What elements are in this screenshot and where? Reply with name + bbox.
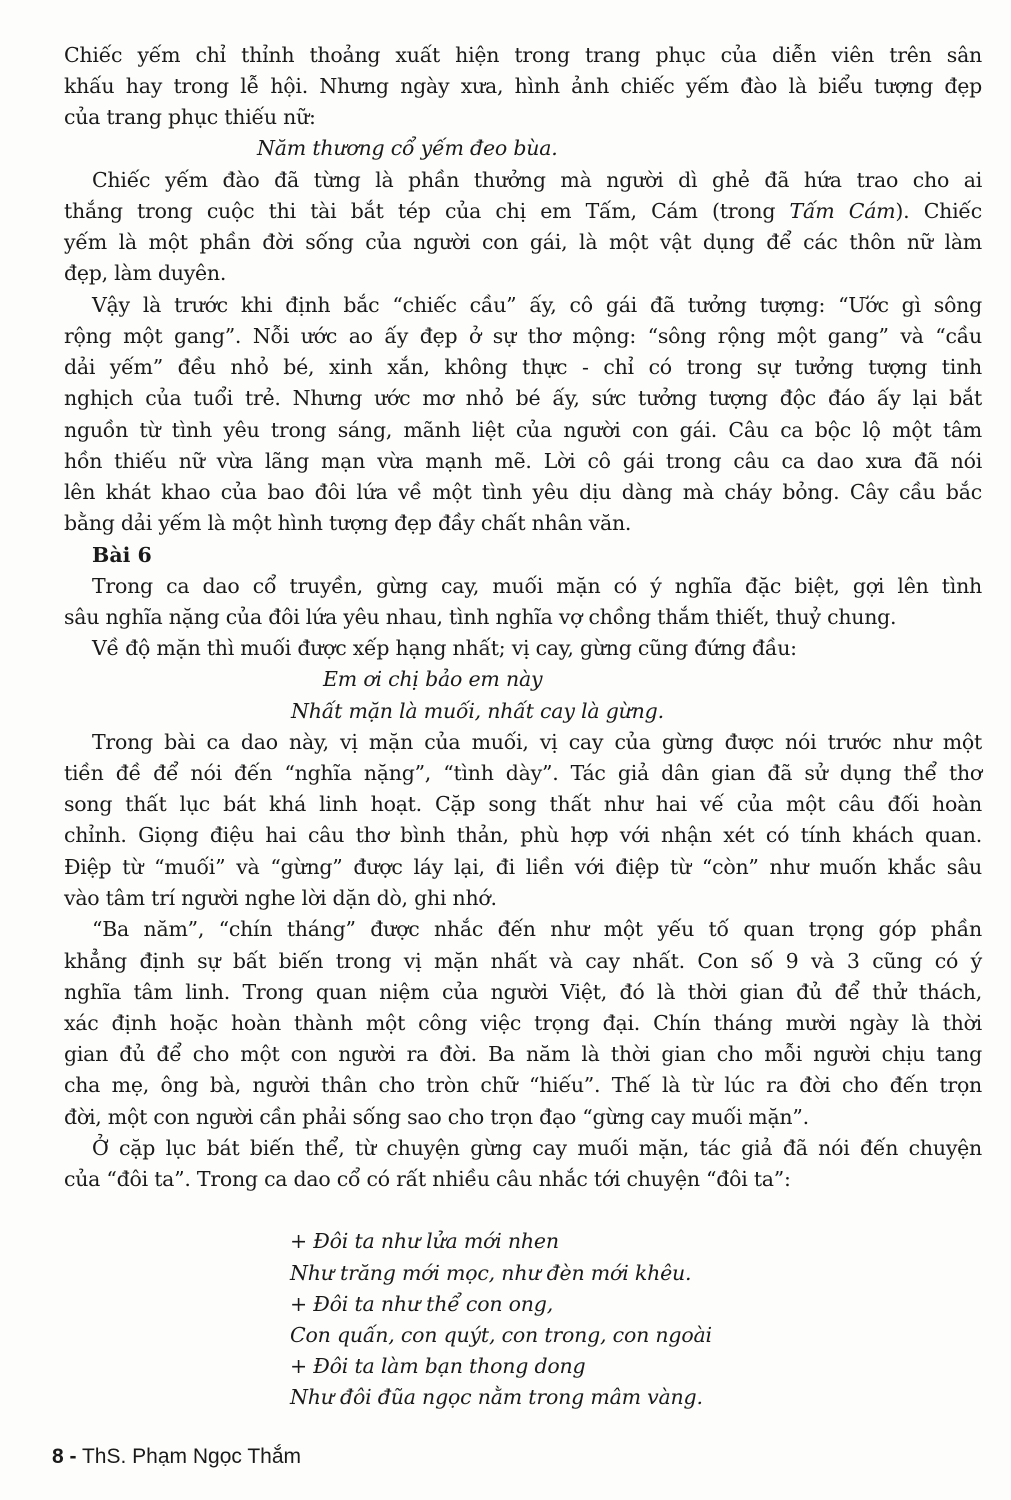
paragraph-5-line-1: Về độ mặn thì muối được xếp hạng nhất; v… [92,633,982,664]
paragraph-2-line-2: thắng trong cuộc thi tài bắt tép của chị… [64,196,982,227]
paragraph-6-line-3: song thất lục bát khá linh hoạt. Cặp son… [64,789,982,820]
paragraph-4-line-2: sâu nghĩa nặng của đôi lứa yêu nhau, tìn… [64,602,982,633]
paragraph-4-line-1: Trong ca dao cổ truyền, gừng cay, muối m… [92,571,982,602]
paragraph-7-line-1: “Ba năm”, “chín tháng” được nhắc đến như… [92,914,982,945]
paragraph-3-line-3: dải yếm” đều nhỏ bé, xinh xắn, không thự… [64,352,982,383]
paragraph-7-line-7: đời, một con người cần phải sống sao cho… [64,1102,982,1133]
paragraph-7-line-4: xác định hoặc hoàn thành một công việc t… [64,1008,982,1039]
book-page: Chiếc yếm chỉ thỉnh thoảng xuất hiện tro… [0,0,1011,1500]
paragraph-1-line-1: Chiếc yếm chỉ thỉnh thoảng xuất hiện tro… [64,40,982,71]
paragraph-7-line-2: khẳng định sự bất biến trong vị mặn nhất… [64,946,982,977]
paragraph-2-text-b: ). Chiếc [895,199,982,223]
verse-3-line-3: + Đôi ta như thể con ong, [290,1289,553,1320]
paragraph-3-line-4: nghịch của tuổi trẻ. Nhưng ước mơ nhỏ bé… [64,383,982,414]
paragraph-7-line-3: nghĩa tâm linh. Trong quan niệm của ngườ… [64,977,982,1008]
author-name: ThS. Phạm Ngọc Thắm [82,1445,301,1468]
verse-3-line-2: Như trăng mới mọc, như đèn mới khêu. [290,1258,691,1289]
verse-3-line-5: + Đôi ta làm bạn thong dong [290,1351,585,1382]
page-footer: 8 - ThS. Phạm Ngọc Thắm [52,1442,301,1472]
paragraph-2-line-4: đẹp, làm duyên. [64,258,982,289]
verse-2-line-1: Em ơi chị bảo em này [323,664,542,695]
paragraph-3-line-8: bằng dải yếm là một hình tượng đẹp đầy c… [64,508,982,539]
verse-quote-1: Năm thương cổ yếm đeo bùa. [257,133,558,164]
paragraph-1-line-3: của trang phục thiếu nữ: [64,102,982,133]
paragraph-3-line-7: lên khát khao của bao đôi lứa về một tìn… [64,477,982,508]
verse-3-line-4: Con quấn, con quýt, con trong, con ngoài [290,1320,712,1351]
paragraph-2-text-a: thắng trong cuộc thi tài bắt tép của chị… [64,199,790,223]
paragraph-8-line-1: Ở cặp lục bát biến thể, từ chuyện gừng c… [92,1133,982,1164]
paragraph-3-line-5: nguồn từ tình yêu trong sáng, mãnh liệt … [64,415,982,446]
paragraph-6-line-1: Trong bài ca dao này, vị mặn của muối, v… [92,727,982,758]
paragraph-8-line-2: của “đôi ta”. Trong ca dao cổ có rất nhi… [64,1164,982,1195]
verse-3-line-1: + Đôi ta như lửa mới nhen [290,1226,559,1257]
paragraph-3-line-6: hồn thiếu nữ vừa lãng mạn vừa mạnh mẽ. L… [64,446,982,477]
paragraph-3-line-1: Vậy là trước khi định bắc “chiếc cầu” ấy… [92,290,982,321]
paragraph-3-line-2: rộng một gang”. Nỗi ước ao ấy đẹp ở sự t… [64,321,982,352]
paragraph-6-line-5: Điệp từ “muối” và “gừng” được láy lại, đ… [64,852,982,883]
paragraph-7-line-6: cha mẹ, ông bà, người thân cho tròn chữ … [64,1070,982,1101]
paragraph-2-line-3: yếm là một phần đời sống của người con g… [64,227,982,258]
paragraph-2-line-1: Chiếc yếm đào đã từng là phần thưởng mà … [92,165,982,196]
verse-2-line-2: Nhất mặn là muối, nhất cay là gừng. [291,696,664,727]
paragraph-6-line-4: chỉnh. Giọng điệu hai câu thơ bình thản,… [64,820,982,851]
paragraph-1-line-2: khấu hay trong lễ hội. Nhưng ngày xưa, h… [64,71,982,102]
paragraph-6-line-6: vào tâm trí người nghe lời dặn dò, ghi n… [64,883,982,914]
paragraph-6-line-2: tiền đề để nói đến “nghĩa nặng”, “tình d… [64,758,982,789]
page-number: 8 - [52,1445,77,1468]
story-title-tam-cam: Tấm Cám [790,199,896,223]
section-heading-bai-6: Bài 6 [92,540,152,571]
paragraph-7-line-5: gian đủ để cho một con người ra đời. Ba … [64,1039,982,1070]
verse-3-line-6: Như đôi đũa ngọc nằm trong mâm vàng. [290,1382,703,1413]
